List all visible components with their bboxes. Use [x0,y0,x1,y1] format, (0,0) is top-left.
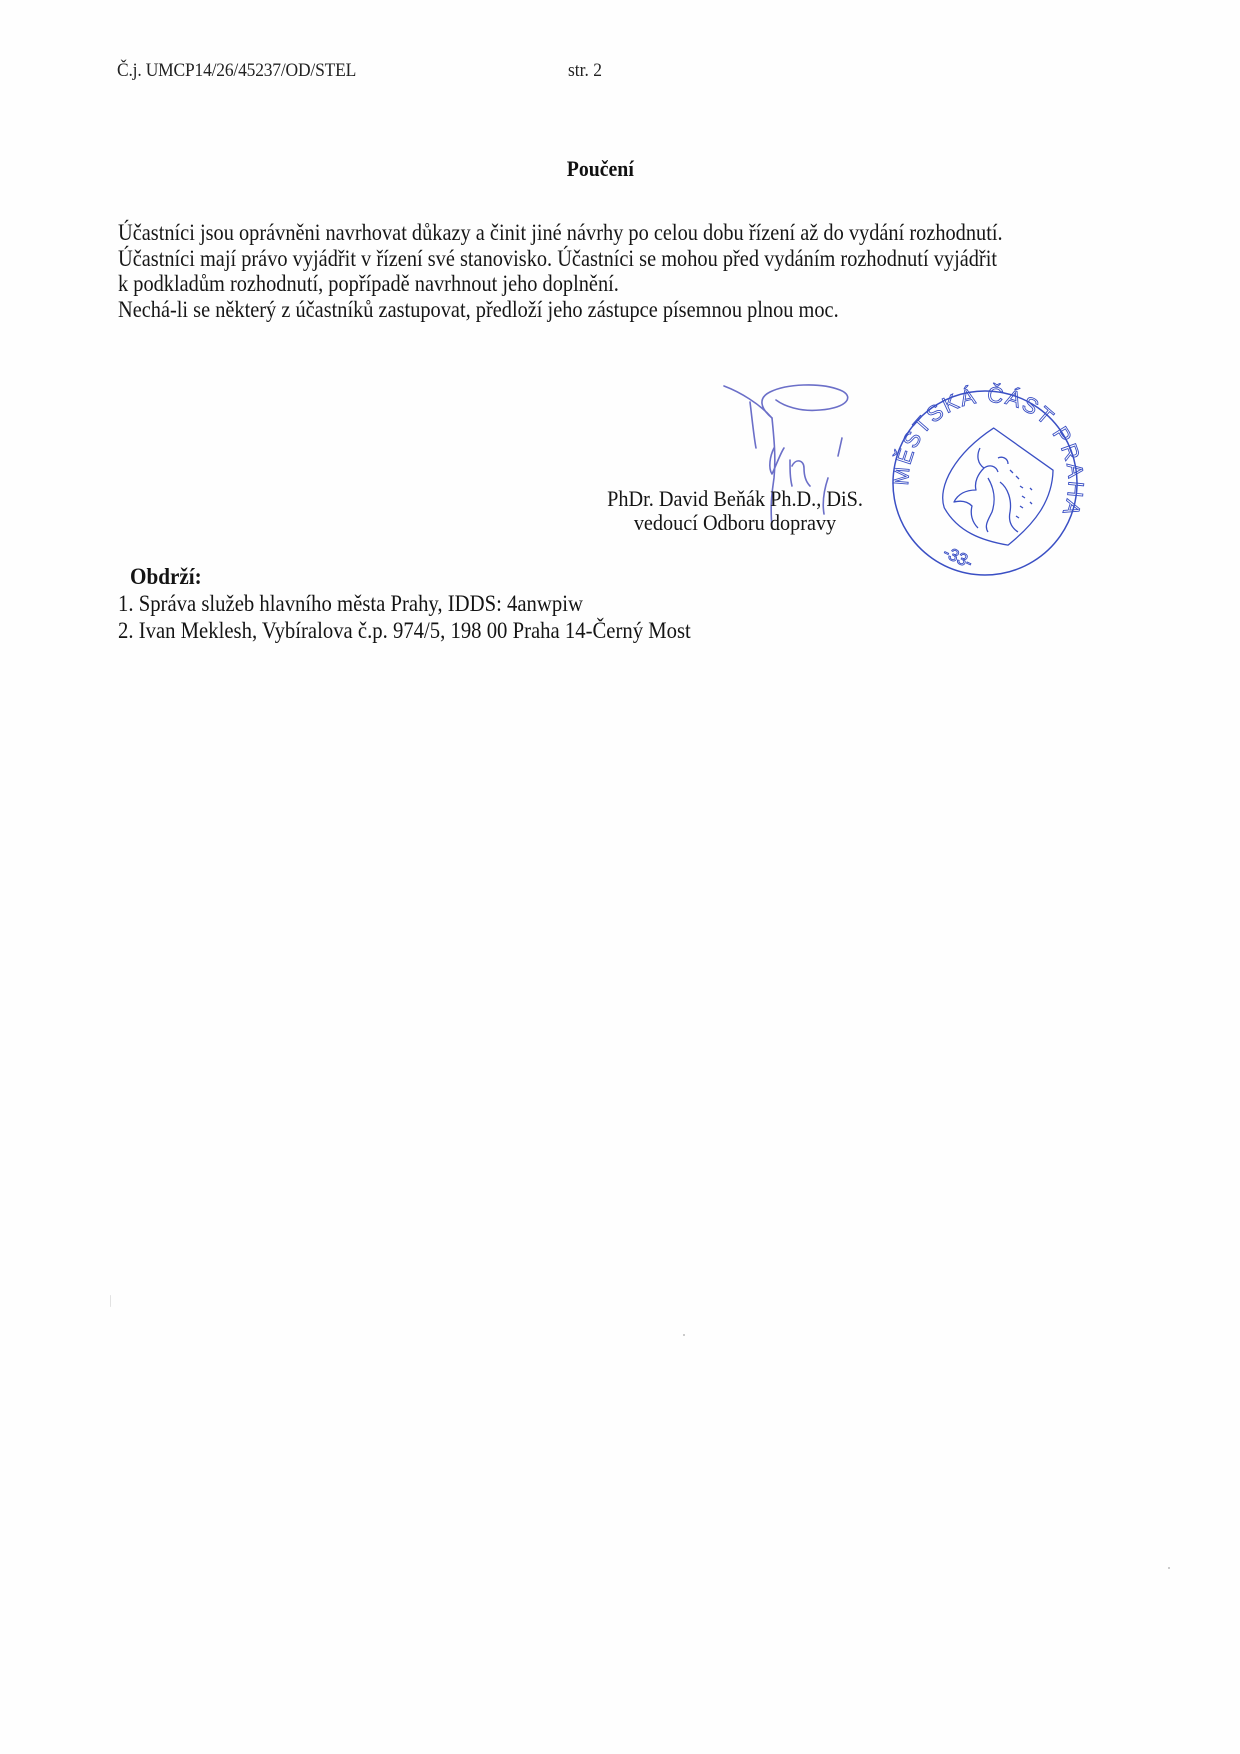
scan-artifact [683,1334,685,1336]
recipients-heading: Obdrží: [130,563,704,590]
reference-number: Č.j. UMCP14/26/45237/OD/STEL [117,60,356,82]
page-number: str. 2 [568,60,602,82]
instruction-line: Účastníci jsou oprávněni navrhovat důkaz… [118,220,1092,246]
official-stamp-icon: MĚSTSKÁ ČÁST PRAHA 14 -33- [880,378,1090,588]
instruction-paragraph: Účastníci jsou oprávněni navrhovat důkaz… [118,220,1218,322]
signatory-role: vedoucí Odboru dopravy [606,511,864,535]
scan-artifact [110,1295,111,1307]
section-title: Poučení [0,156,1240,182]
recipients-list: Obdrží: 1. Správa služeb hlavního města … [118,563,754,644]
section-title-text: Poučení [566,156,633,182]
document-page: Č.j. UMCP14/26/45237/OD/STEL str. 2 Pouč… [0,0,1240,1754]
recipient-item: 1. Správa služeb hlavního města Prahy, I… [118,590,691,617]
scan-artifact [1168,1567,1170,1569]
svg-text:-33-: -33- [940,542,975,572]
instruction-line: Nechá-li se některý z účastníků zastupov… [118,297,1092,323]
signature-block: PhDr. David Beňák Ph.D., DiS. vedoucí Od… [595,487,875,535]
instruction-line: k podkladům rozhodnutí, popřípadě navrhn… [118,271,1092,297]
instruction-line: Účastníci mají právo vyjádřit v řízení s… [118,246,1092,272]
svg-text:MĚSTSKÁ ČÁST PRAHA 14: MĚSTSKÁ ČÁST PRAHA 14 [880,378,1089,529]
signatory-name: PhDr. David Beňák Ph.D., DiS. [606,487,864,511]
recipient-item: 2. Ivan Meklesh, Vybíralova č.p. 974/5, … [118,617,691,644]
